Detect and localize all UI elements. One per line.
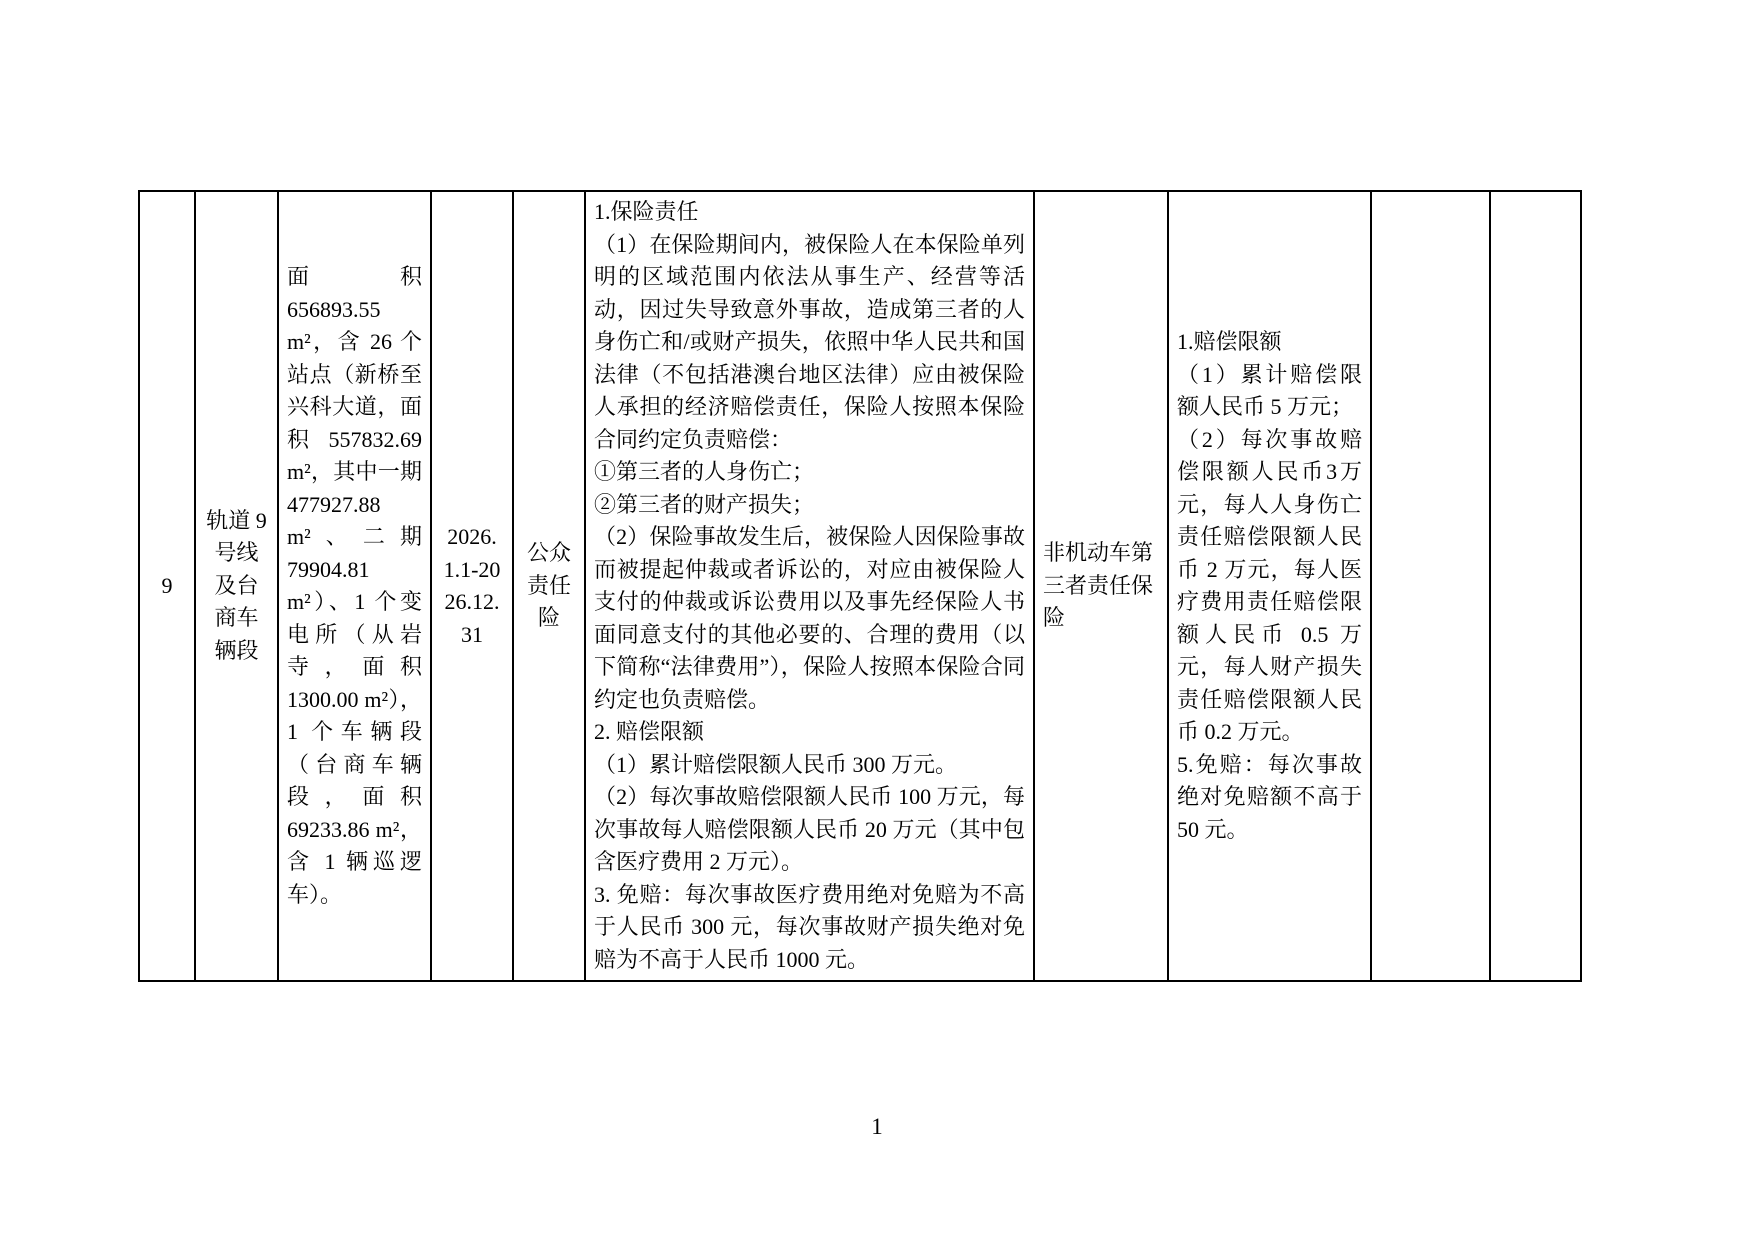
coverage-details-2-cell: 1.赔偿限额 （1）累计赔偿限额人民币 5 万元； （2）每次事故赔偿限额人民币… xyxy=(1168,191,1371,981)
coverage-1-paragraph: ①第三者的人身伤亡； xyxy=(594,456,1025,489)
project-name-cell: 轨道 9 号线及台商车辆段 xyxy=(195,191,278,981)
coverage-1-paragraph: ②第三者的财产损失； xyxy=(594,489,1025,522)
coverage-2-paragraph: 5.免赔：每次事故绝对免赔额不高于 50 元。 xyxy=(1177,749,1362,847)
coverage-2-paragraph: （2）每次事故赔偿限额人民币3万元，每人人身伤亡责任赔偿限额人民币 2 万元，每… xyxy=(1177,424,1362,749)
coverage-2-paragraph: 1.赔偿限额 xyxy=(1177,326,1362,359)
coverage-details-1-cell: 1.保险责任 （1）在保险期间内，被保险人在本保险单列明的区域范围内依法从事生产… xyxy=(585,191,1034,981)
sequence-number-cell: 9 xyxy=(139,191,195,981)
coverage-1-paragraph: （2）每次事故赔偿限额人民币 100 万元，每次事故每人赔偿限额人民币 20 万… xyxy=(594,781,1025,879)
insured-subject-area-cell: 面积 656893.55 m²，含 26 个站点（新桥至兴科大道，面积 5578… xyxy=(278,191,431,981)
document-page: 9 轨道 9 号线及台商车辆段 面积 656893.55 m²，含 26 个站点… xyxy=(0,0,1754,1241)
coverage-1-paragraph: （2）保险事故发生后，被保险人因保险事故而被提起仲裁或者诉讼的，对应由被保险人支… xyxy=(594,521,1025,716)
coverage-1-paragraph: 2. 赔偿限额 xyxy=(594,716,1025,749)
table-row: 9 轨道 9 号线及台商车辆段 面积 656893.55 m²，含 26 个站点… xyxy=(139,191,1581,981)
coverage-1-paragraph: （1）在保险期间内，被保险人在本保险单列明的区域范围内依法从事生产、经营等活动，… xyxy=(594,229,1025,457)
coverage-1-paragraph: 1.保险责任 xyxy=(594,196,1025,229)
coverage-1-paragraph: （1）累计赔偿限额人民币 300 万元。 xyxy=(594,749,1025,782)
insurance-type-2-cell: 非机动车第三者责任保险 xyxy=(1034,191,1168,981)
insurance-type-1-cell: 公众责任险 xyxy=(513,191,585,981)
coverage-2-paragraph: （1）累计赔偿限额人民币 5 万元； xyxy=(1177,359,1362,424)
empty-cell-1 xyxy=(1371,191,1490,981)
insurance-policy-table: 9 轨道 9 号线及台商车辆段 面积 656893.55 m²，含 26 个站点… xyxy=(138,190,1582,982)
insurance-period-cell: 2026.1.1-2026.12.31 xyxy=(431,191,513,981)
page-number: 1 xyxy=(0,1112,1754,1142)
empty-cell-2 xyxy=(1490,191,1581,981)
coverage-1-paragraph: 3. 免赔：每次事故医疗费用绝对免赔为不高于人民币 300 元，每次事故财产损失… xyxy=(594,879,1025,977)
